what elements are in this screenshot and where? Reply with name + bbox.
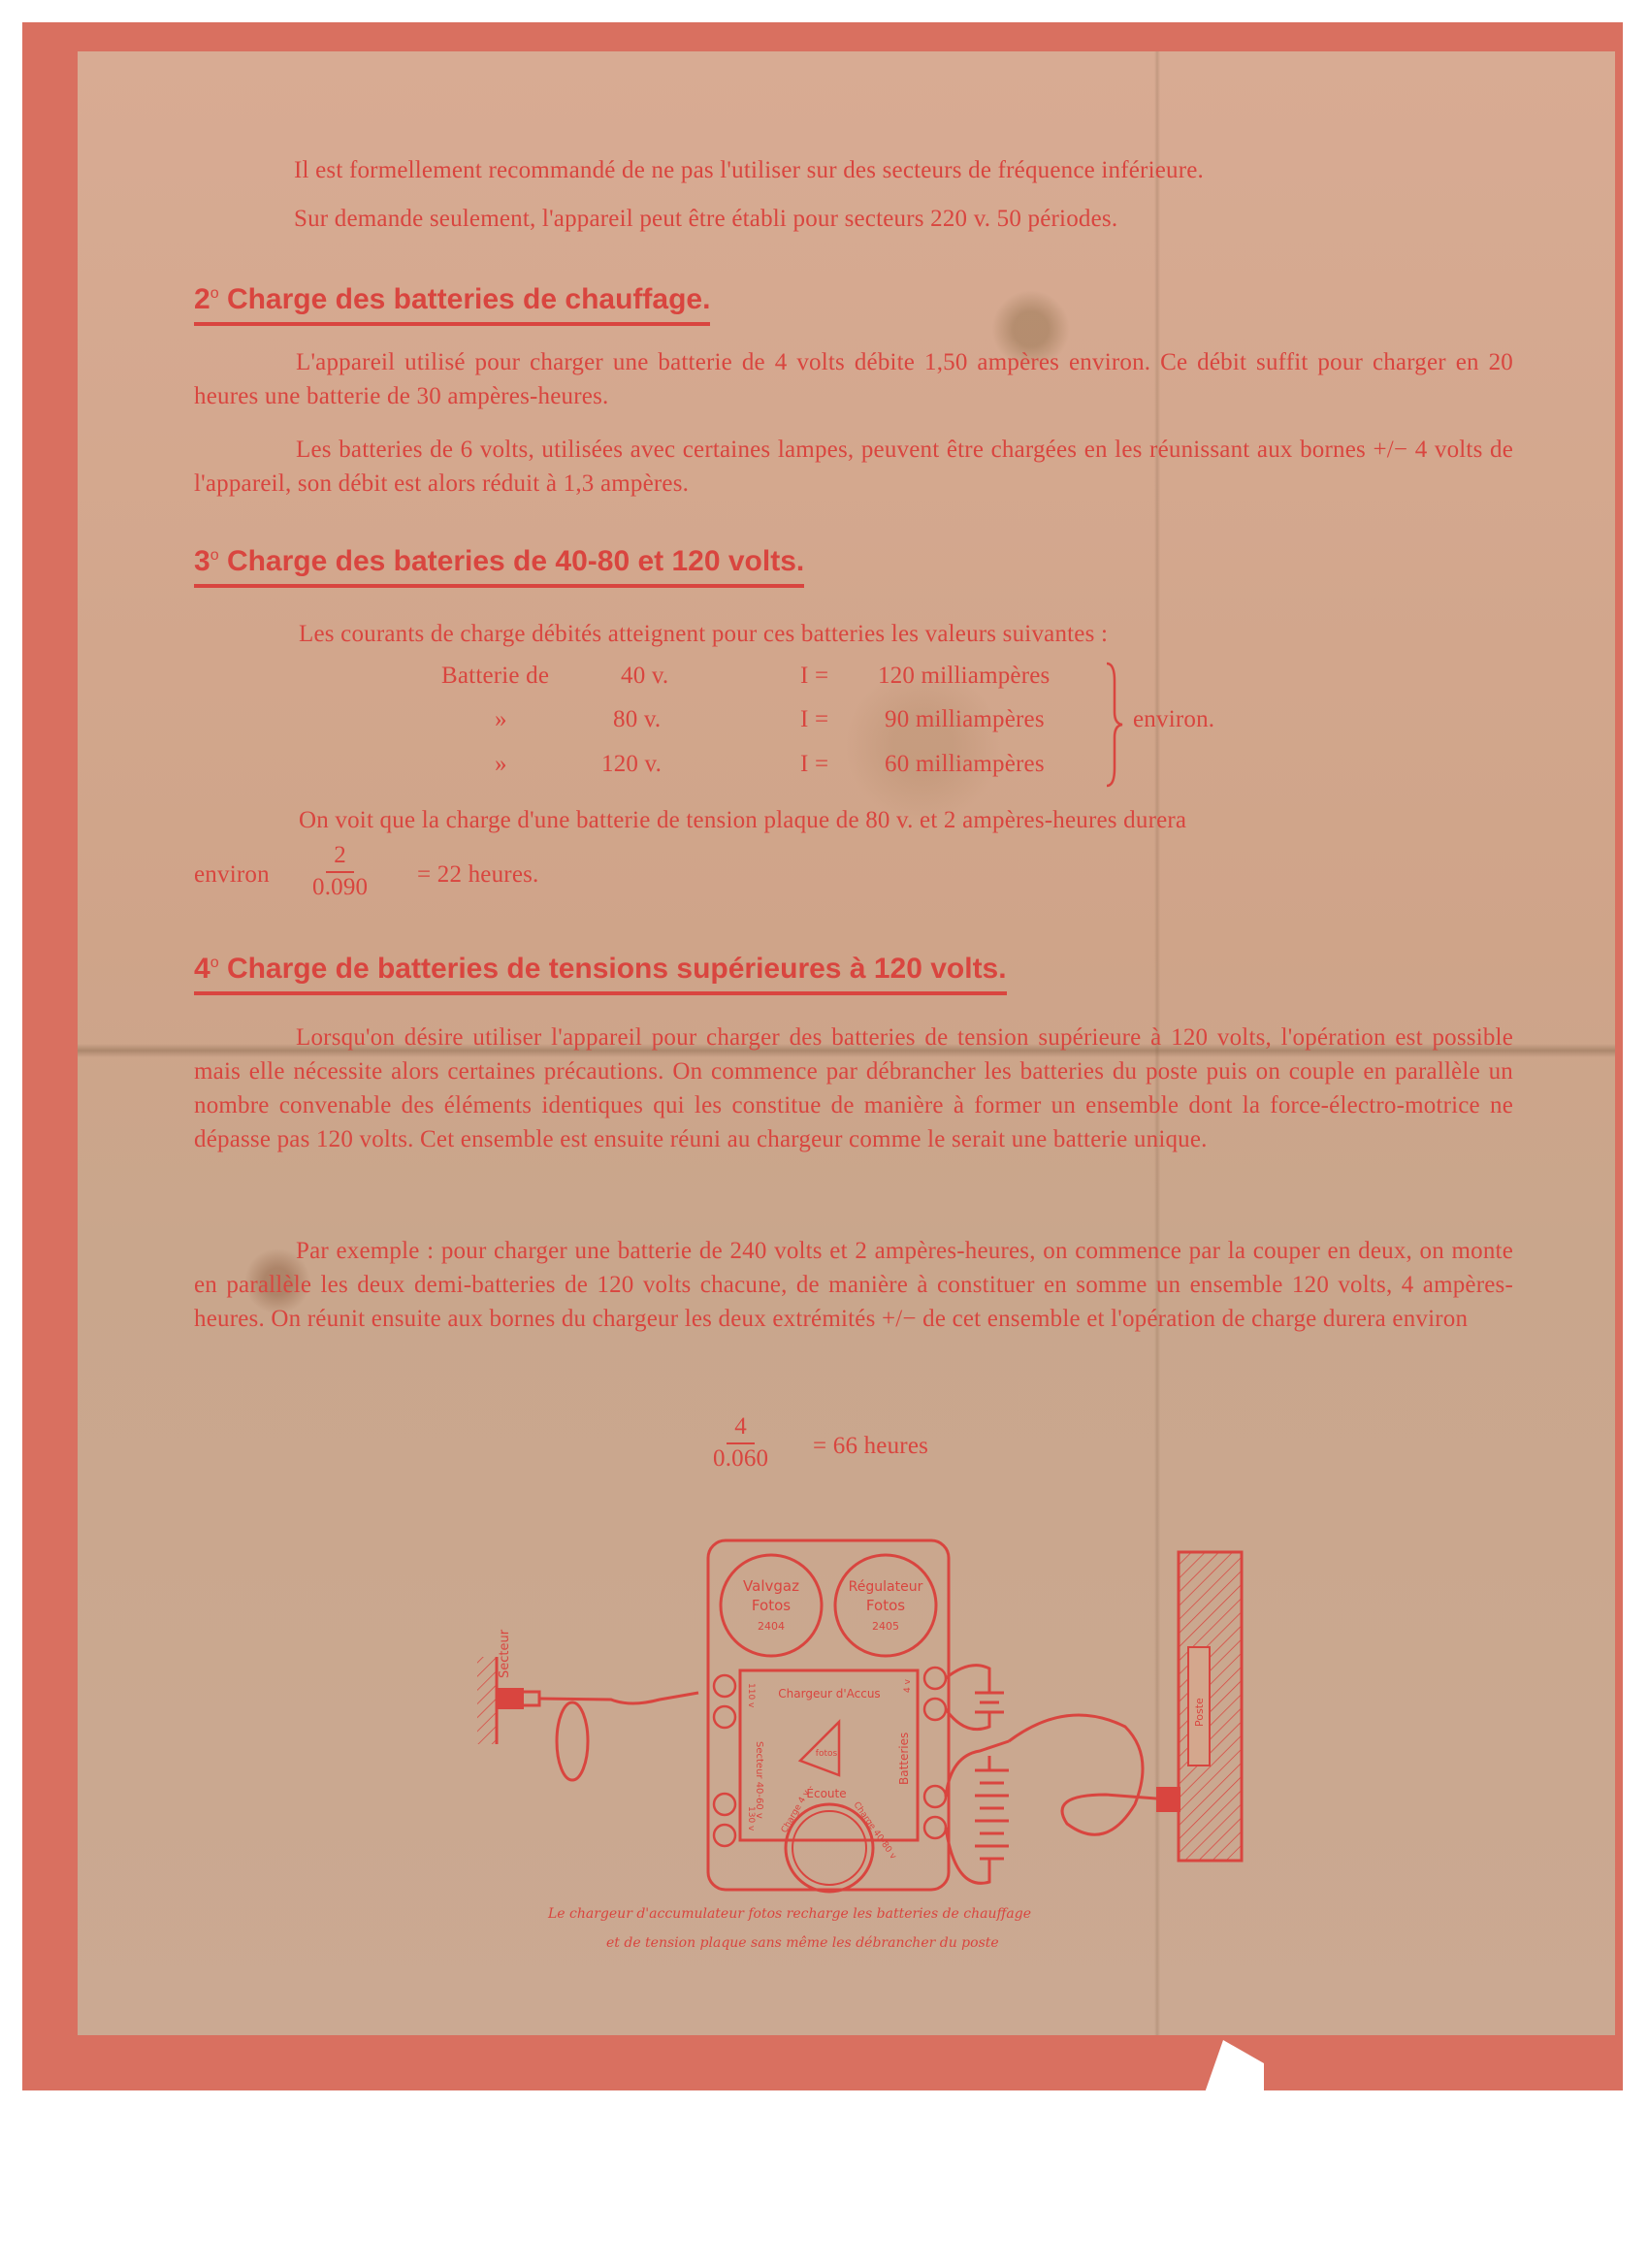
section-3-heading: 3o Charge des bateries de 40-80 et 120 v… — [194, 545, 804, 588]
table-current: 90 milliampères — [885, 706, 1045, 733]
ecoute-label: Écoute — [806, 1786, 846, 1800]
label-110: 110 v — [746, 1683, 756, 1708]
section-number: 3 — [194, 545, 210, 577]
table-eq: I = — [800, 751, 828, 778]
fraction: 2 0.090 — [312, 840, 368, 902]
section-4-para-2: Par exemple : pour charger une batterie … — [194, 1234, 1513, 1336]
logo-text: fotos — [816, 1749, 838, 1759]
diagram-caption-line-1: Le chargeur d'accumulateur fotos recharg… — [548, 1906, 1031, 1922]
batteries-label: Batteries — [897, 1733, 911, 1785]
torn-edge — [1196, 2040, 1264, 2118]
charger-device: Valvgaz Fotos 2404 Régulateur Fotos 2405… — [708, 1540, 949, 1892]
brace-icon — [1101, 662, 1130, 788]
table-current: 60 milliampères — [885, 751, 1045, 778]
brace-label: environ. — [1133, 706, 1214, 733]
poste-label: Poste — [1193, 1698, 1206, 1727]
denominator: 0.090 — [312, 873, 368, 902]
table-voltage: 80 v. — [613, 706, 661, 733]
selector-knob-icon — [786, 1804, 873, 1892]
tube-brand: Fotos — [752, 1597, 791, 1614]
numerator: 4 — [727, 1411, 755, 1444]
numerator: 2 — [326, 840, 354, 873]
formula-result: = 66 heures — [813, 1433, 928, 1460]
table-row: Batterie de — [441, 663, 549, 690]
label-130: 130 v — [746, 1806, 756, 1831]
intro-line-2: Sur demande seulement, l'appareil peut ê… — [294, 202, 1516, 236]
tube-number: 2405 — [872, 1620, 899, 1633]
table-row-label: » — [495, 706, 507, 733]
label-4v: 4 v — [903, 1678, 913, 1693]
formula-result: = 22 heures. — [417, 861, 539, 889]
table-row-label: » — [495, 751, 507, 778]
intro-line-1: Il est formellement recommandé de ne pas… — [294, 153, 1516, 187]
battery-icons — [946, 1666, 1169, 1884]
row-label: Batterie de — [441, 663, 549, 689]
wall-label: Secteur — [498, 1629, 512, 1678]
section-2-para-1: L'appareil utilisé pour charger une batt… — [194, 345, 1513, 413]
panel-title: Chargeur d'Accus — [778, 1687, 880, 1701]
formula-prefix: environ — [194, 861, 270, 889]
section-title: Charge des batteries de chauffage. — [227, 283, 711, 315]
diagram-caption-line-2: et de tension plaque sans même les débra… — [606, 1935, 999, 1951]
charge-80v-label: Charge 40-80 v — [852, 1800, 898, 1862]
section-title: Charge de batteries de tensions supérieu… — [227, 953, 1007, 985]
section-title: Charge des bateries de 40-80 et 120 volt… — [227, 545, 804, 577]
table-voltage: 120 v. — [601, 751, 662, 778]
section-3-intro: Les courants de charge débités atteignen… — [299, 617, 1511, 651]
charger-wiring-diagram: Secteur Valvgaz Fotos 2404 Régulateur Fo… — [466, 1523, 1261, 1911]
tube-name: Valvgaz — [743, 1577, 799, 1595]
fraction: 4 0.060 — [713, 1411, 768, 1474]
table-current: 120 milliampères — [878, 663, 1050, 690]
table-voltage: 40 v. — [621, 663, 668, 690]
radio-set-icon: Poste — [1156, 1552, 1242, 1861]
section-3-example: On voit que la charge d'une batterie de … — [299, 803, 1516, 837]
section-4-heading: 4o Charge de batteries de tensions supér… — [194, 953, 1007, 995]
tube-number: 2404 — [758, 1620, 785, 1633]
wall-socket-icon: Secteur — [477, 1629, 539, 1744]
tube-brand: Fotos — [866, 1597, 905, 1614]
denominator: 0.060 — [713, 1444, 768, 1474]
section-2-heading: 2o Charge des batteries de chauffage. — [194, 283, 710, 326]
section-4-para-1: Lorsqu'on désire utiliser l'appareil pou… — [194, 1021, 1513, 1156]
section-number: 4 — [194, 953, 210, 985]
table-eq: I = — [800, 706, 828, 733]
section-2-para-2: Les batteries de 6 volts, utilisées avec… — [194, 433, 1513, 501]
tube-name: Régulateur — [849, 1579, 923, 1595]
table-eq: I = — [800, 663, 828, 690]
section-number: 2 — [194, 283, 210, 315]
